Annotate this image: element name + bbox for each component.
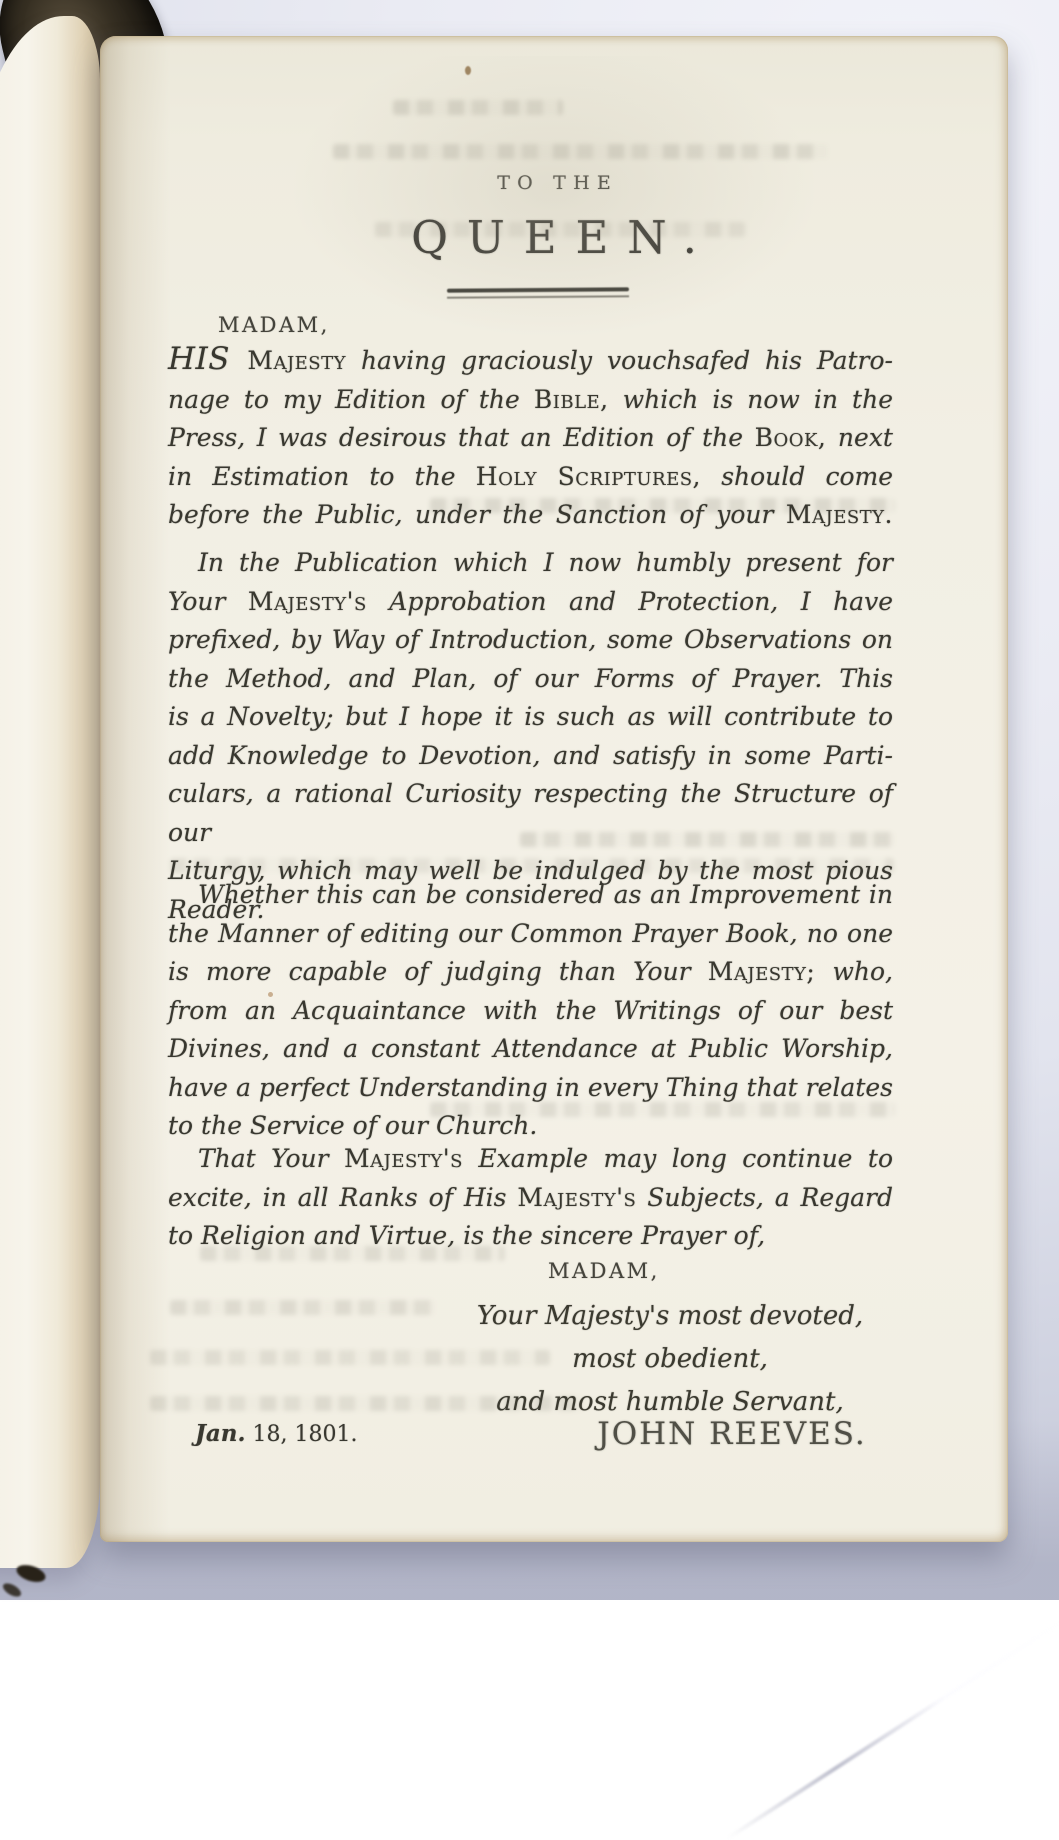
show-through-ghost	[333, 144, 828, 159]
text-line: That Your Majesty's Example may long con…	[168, 1140, 893, 1179]
text-line: the Method, and Plan, of our Forms of Pr…	[168, 660, 893, 699]
salutation: MADAM,	[218, 313, 330, 337]
book-page: TO THE QUEEN. MADAM, HIS Majesty having …	[100, 36, 1008, 1542]
text-line: Press, I was desirous that an Edition of…	[168, 419, 893, 458]
text-line: the Manner of editing our Common Prayer …	[168, 915, 893, 954]
facing-page-fore-edge	[0, 16, 100, 1568]
closing-salutation: MADAM,	[548, 1259, 660, 1283]
paragraph: In the Publication which I now humbly pr…	[168, 544, 893, 929]
text-line: in Estimation to the Holy Scriptures, sh…	[168, 458, 893, 497]
text-line: nage to my Edition of the Bible, which i…	[168, 381, 893, 420]
paragraph: Whether this can be considered as an Imp…	[168, 876, 893, 1146]
dateline-month: Jan.	[195, 1420, 246, 1447]
text-line: excite, in all Ranks of His Majesty's Su…	[168, 1179, 893, 1218]
text-line: before the Public, under the Sanction of…	[168, 496, 893, 535]
text-line: culars, a rational Curiosity respecting …	[168, 775, 893, 852]
valediction-line: most obedient,	[430, 1338, 910, 1381]
paper-speck	[465, 66, 471, 75]
book-photo-scene: TO THE QUEEN. MADAM, HIS Majesty having …	[0, 0, 1059, 1600]
signature: JOHN REEVES.	[567, 1416, 897, 1452]
valediction: Your Majesty's most devoted, most obedie…	[430, 1295, 910, 1424]
dateline-rest: 18, 1801.	[246, 1422, 358, 1447]
text-line: In the Publication which I now humbly pr…	[168, 544, 893, 583]
valediction-line: Your Majesty's most devoted,	[430, 1295, 910, 1338]
show-through-ghost	[393, 100, 563, 115]
text-line: HIS Majesty having graciously vouchsafed…	[168, 340, 893, 381]
text-line: from an Acquaintance with the Writings o…	[168, 992, 893, 1031]
text-line: Divines, and a constant Attendance at Pu…	[168, 1030, 893, 1069]
text-line: Whether this can be considered as an Imp…	[168, 876, 893, 915]
page-title: QUEEN.	[100, 212, 1008, 264]
paragraph: That Your Majesty's Example may long con…	[168, 1140, 893, 1256]
text-line: prefixed, by Way of Introduction, some O…	[168, 621, 893, 660]
dedication-kicker: TO THE	[100, 172, 1008, 194]
text-line: is a Novelty; but I hope it is such as w…	[168, 698, 893, 737]
text-line: Your Majesty's Approbation and Protectio…	[168, 583, 893, 622]
dateline: Jan. 18, 1801.	[195, 1420, 357, 1447]
paragraph: HIS Majesty having graciously vouchsafed…	[168, 340, 893, 535]
text-line: add Knowledge to Devotion, and satisfy i…	[168, 737, 893, 776]
decorative-rule	[447, 287, 629, 298]
text-line: to Religion and Virtue, is the sincere P…	[168, 1217, 893, 1256]
text-line: have a perfect Understanding in every Th…	[168, 1069, 893, 1108]
show-through-ghost	[375, 222, 745, 237]
show-through-ghost	[170, 1300, 435, 1315]
text-line: is more capable of judging than Your Maj…	[168, 953, 893, 992]
